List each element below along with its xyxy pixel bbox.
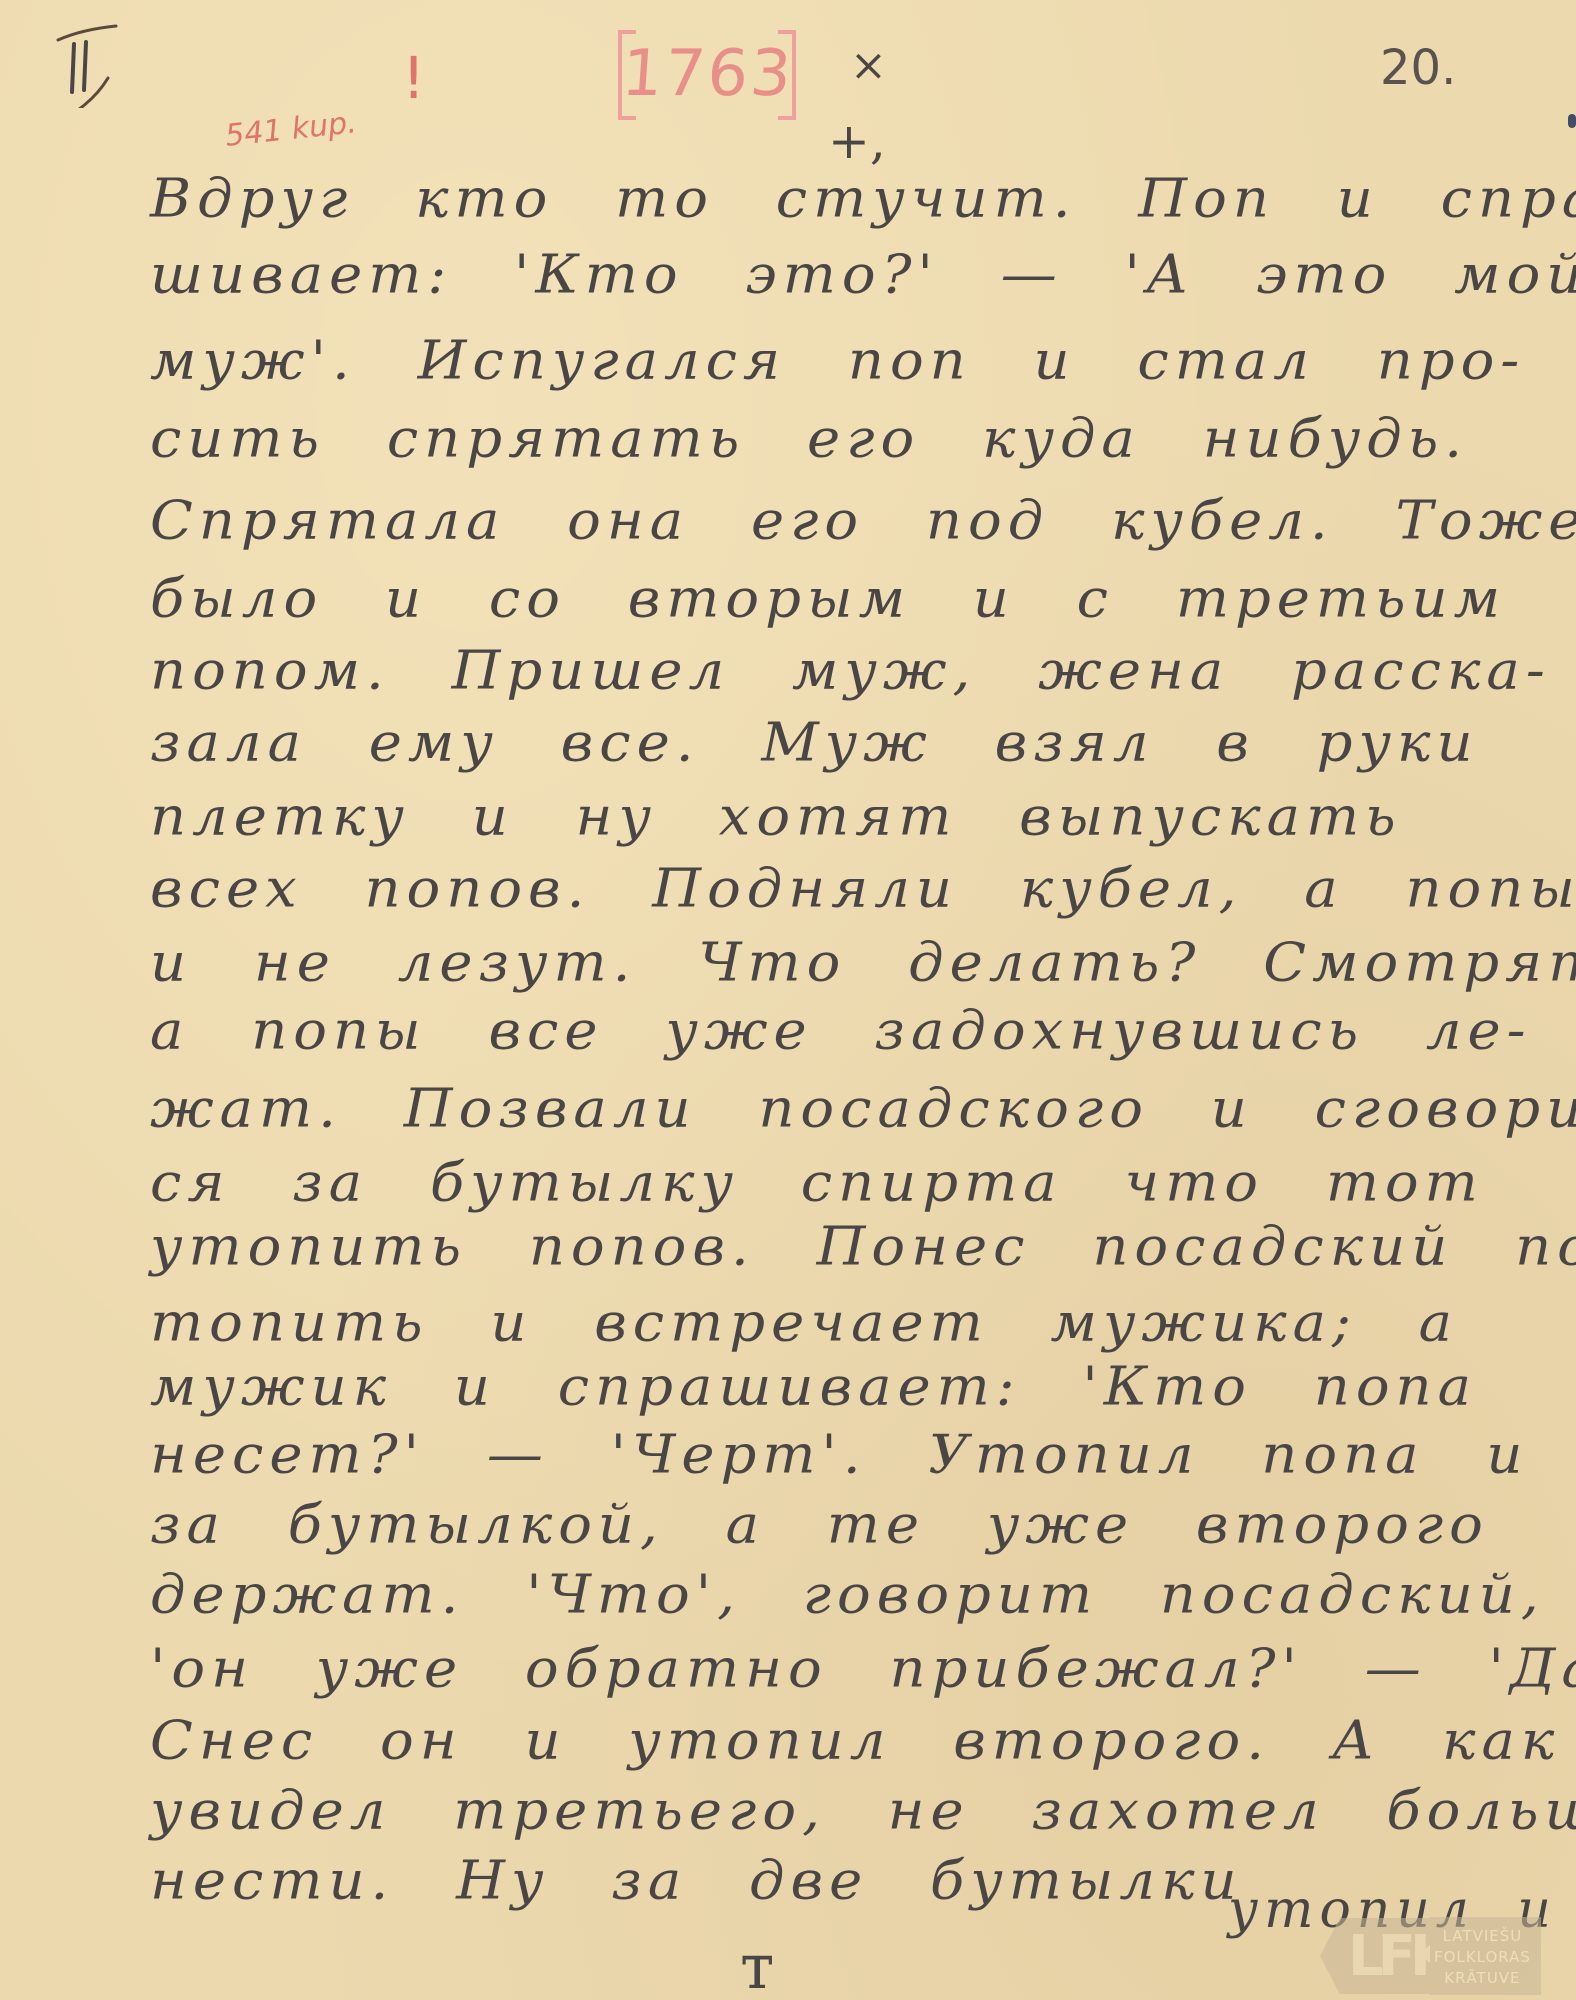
text-line-7: попом. Пришел муж, жена расска-	[150, 640, 1551, 702]
cross-mark: ×	[850, 40, 887, 91]
text-line-13: жат. Позвали посадского и сговорили-	[150, 1078, 1576, 1140]
text-line-1: Вдруг кто то стучит. Поп и спра-	[150, 168, 1576, 230]
text-line-9: плетку и ну хотят выпускать	[150, 786, 1402, 848]
page-number: 20.	[1380, 40, 1456, 96]
archive-watermark-logo: LFK LATVIEŠU FOLKLORAS KRĀTUVE	[1320, 1918, 1558, 1994]
text-line-23: увидел третьего, не захотел больше	[150, 1780, 1576, 1842]
bottom-mark: т	[740, 1930, 774, 2000]
lfk-logo-icon: LFK	[1320, 1918, 1430, 1994]
logo-line-1: LATVIEŠU	[1434, 1926, 1531, 1947]
red-exclamation-mark: !	[402, 44, 425, 112]
text-line-17: мужик и спрашивает: 'Кто попа	[150, 1356, 1477, 1418]
text-line-16: топить и встречает мужика; а	[150, 1292, 1458, 1354]
text-line-5: Спрятала она его под кубел. Тоже	[150, 490, 1576, 552]
text-line-2: шивает: 'Кто это?' — 'А это мой	[150, 244, 1576, 306]
red-annotation: 541 kup.	[224, 105, 359, 154]
text-line-6: было и со вторым и с третьим	[150, 568, 1506, 630]
text-line-11: и не лезут. Что делать? Смотрят	[150, 932, 1576, 994]
archive-number-stamp: 1763	[618, 30, 796, 120]
text-line-22: Снес он и утопил второго. А как	[150, 1710, 1560, 1772]
manuscript-page: II ! 541 kup. 1763 × +, 20. Вдруг кто то…	[0, 0, 1576, 2000]
section-mark-roman-two	[36, 18, 126, 108]
text-line-8: зала ему все. Муж взял в руки	[150, 712, 1479, 774]
logo-line-2: FOLKLORAS	[1434, 1947, 1531, 1968]
text-line-3: муж'. Испугался поп и стал про-	[150, 330, 1525, 392]
text-line-12: а попы все уже задохнувшись ле-	[150, 1000, 1532, 1062]
text-line-15: утопить попов. Понес посадский попа	[150, 1216, 1576, 1278]
text-line-19: за бутылкой, а те уже второго	[150, 1494, 1489, 1556]
text-line-10: всех попов. Подняли кубел, а попы	[150, 858, 1576, 920]
text-line-4: сить спрятать его куда нибудь.	[150, 408, 1468, 470]
text-line-18: несет?' — 'Черт'. Утопил попа и идет	[150, 1424, 1576, 1486]
text-line-20: держат. 'Что', говорит посадский,	[150, 1564, 1545, 1626]
logo-line-3: KRĀTUVE	[1434, 1968, 1531, 1989]
ink-spot	[1568, 114, 1576, 128]
text-line-21: 'он уже обратно прибежал?' — 'Да'.	[150, 1638, 1576, 1700]
logo-text: LATVIEŠU FOLKLORAS KRĀTUVE	[1430, 1917, 1541, 1995]
plus-mark: +,	[828, 112, 886, 170]
text-line-24: нести. Ну за две бутылки	[150, 1850, 1243, 1912]
archive-number: 1763	[619, 30, 795, 118]
text-line-14: ся за бутылку спирта что тот	[150, 1152, 1484, 1214]
